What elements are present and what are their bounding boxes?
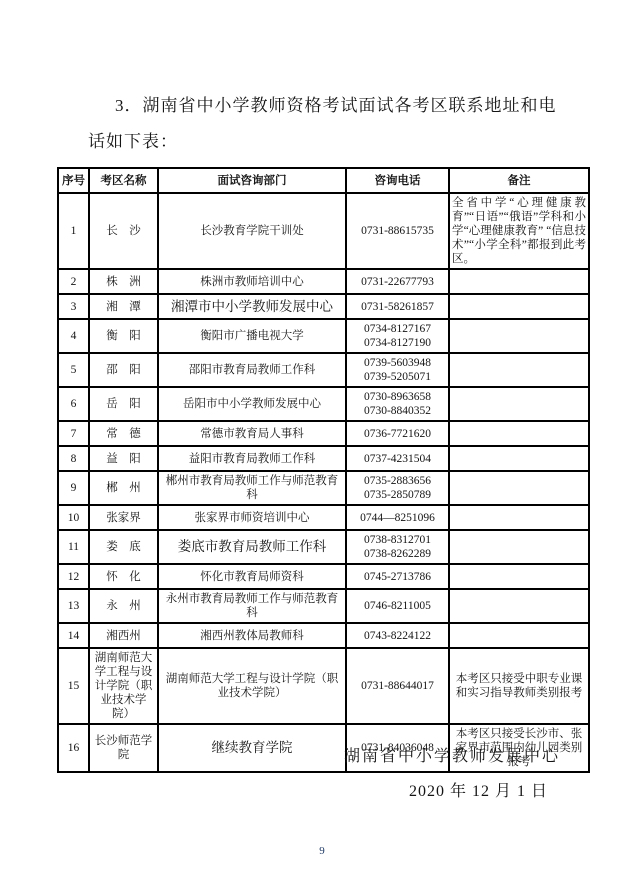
- table-row: 12怀 化怀化市教育局师资科0745-2713786: [58, 564, 589, 589]
- cell-exam-area-name: 衡 阳: [89, 319, 158, 353]
- table-header-row: 序号考区名称面试咨询部门咨询电话备注: [58, 168, 589, 193]
- phone-number: 0746-8211005: [349, 599, 446, 613]
- cell-serial-number: 4: [58, 319, 89, 353]
- cell-consult-phone: 0736-7721620: [346, 421, 449, 446]
- phone-number: 0730-8840352: [349, 404, 446, 418]
- cell-serial-number: 11: [58, 530, 89, 564]
- table-row: 1长 沙长沙教育学院干训处0731-88615735全省中学“心理健康教育”“日…: [58, 193, 589, 269]
- table-row: 9郴 州郴州市教育局教师工作与师范教育科0735-28836560735-285…: [58, 471, 589, 505]
- section-heading-line1: 3．湖南省中小学教师资格考试面试各考区联系地址和电: [115, 95, 557, 117]
- column-header-4: 备注: [449, 168, 589, 193]
- cell-exam-area-name: 怀 化: [89, 564, 158, 589]
- cell-exam-area-name: 湖南师范大学工程与设计学院（职业技术学院）: [89, 648, 158, 724]
- cell-consult-phone: 0734-81271670734-8127190: [346, 319, 449, 353]
- table-row: 2株 洲株洲市教师培训中心0731-22677793: [58, 269, 589, 294]
- cell-remark: [449, 564, 589, 589]
- cell-serial-number: 9: [58, 471, 89, 505]
- phone-number: 0731-22677793: [349, 275, 446, 289]
- cell-consult-department: 常德市教育局人事科: [158, 421, 346, 446]
- cell-consult-department: 永州市教育局教师工作与师范教育科: [158, 589, 346, 623]
- cell-consult-phone: 0745-2713786: [346, 564, 449, 589]
- cell-remark: [449, 294, 589, 319]
- phone-number: 0731-88644017: [349, 679, 446, 693]
- cell-exam-area-name: 株 洲: [89, 269, 158, 294]
- column-header-3: 咨询电话: [346, 168, 449, 193]
- section-heading: 3．湖南省中小学教师资格考试面试各考区联系地址和电 话如下表：: [88, 95, 557, 153]
- phone-number: 0736-7721620: [349, 427, 446, 441]
- cell-serial-number: 12: [58, 564, 89, 589]
- cell-consult-phone: 0735-28836560735-2850789: [346, 471, 449, 505]
- cell-consult-department: 娄底市教育局教师工作科: [158, 530, 346, 564]
- cell-consult-department: 长沙教育学院干训处: [158, 193, 346, 269]
- phone-number: 0739-5205071: [349, 370, 446, 384]
- table-row: 6岳 阳岳阳市中小学教师发展中心0730-89636580730-8840352: [58, 387, 589, 421]
- phone-number: 0739-5603948: [349, 356, 446, 370]
- cell-serial-number: 14: [58, 623, 89, 648]
- cell-consult-department: 衡阳市广播电视大学: [158, 319, 346, 353]
- cell-remark: [449, 471, 589, 505]
- cell-serial-number: 2: [58, 269, 89, 294]
- column-header-2: 面试咨询部门: [158, 168, 346, 193]
- cell-consult-phone: 0731-22677793: [346, 269, 449, 294]
- cell-consult-department: 岳阳市中小学教师发展中心: [158, 387, 346, 421]
- cell-consult-department: 湖南师范大学工程与设计学院（职业技术学院）: [158, 648, 346, 724]
- cell-remark: [449, 353, 589, 387]
- cell-remark: [449, 623, 589, 648]
- phone-number: 0743-8224122: [349, 629, 446, 643]
- phone-number: 0738-8312701: [349, 533, 446, 547]
- cell-consult-phone: 0731-58261857: [346, 294, 449, 319]
- table-row: 10张家界张家界市师资培训中心0744—8251096: [58, 505, 589, 530]
- phone-number: 0734-8127190: [349, 336, 446, 350]
- cell-consult-phone: 0730-89636580730-8840352: [346, 387, 449, 421]
- phone-number: 0730-8963658: [349, 390, 446, 404]
- cell-remark: [449, 269, 589, 294]
- table-row: 11娄 底娄底市教育局教师工作科0738-83127010738-8262289: [58, 530, 589, 564]
- cell-serial-number: 5: [58, 353, 89, 387]
- cell-consult-department: 怀化市教育局师资科: [158, 564, 346, 589]
- table-row: 5邵 阳邵阳市教育局教师工作科0739-56039480739-5205071: [58, 353, 589, 387]
- cell-consult-phone: 0743-8224122: [346, 623, 449, 648]
- column-header-0: 序号: [58, 168, 89, 193]
- cell-exam-area-name: 岳 阳: [89, 387, 158, 421]
- cell-remark: [449, 505, 589, 530]
- table-row: 3湘 潭湘潭市中小学教师发展中心0731-58261857: [58, 294, 589, 319]
- cell-consult-department: 湘潭市中小学教师发展中心: [158, 294, 346, 319]
- issuing-organization: 湖南省中小学教师发展中心: [344, 743, 560, 766]
- cell-consult-department: 继续教育学院: [158, 724, 346, 772]
- table-row: 8益 阳益阳市教育局教师工作科0737-4231504: [58, 446, 589, 471]
- cell-serial-number: 6: [58, 387, 89, 421]
- cell-remark: [449, 421, 589, 446]
- cell-consult-department: 邵阳市教育局教师工作科: [158, 353, 346, 387]
- table-row: 13永 州永州市教育局教师工作与师范教育科0746-8211005: [58, 589, 589, 623]
- cell-exam-area-name: 常 德: [89, 421, 158, 446]
- cell-exam-area-name: 益 阳: [89, 446, 158, 471]
- cell-exam-area-name: 永 州: [89, 589, 158, 623]
- cell-consult-phone: 0738-83127010738-8262289: [346, 530, 449, 564]
- phone-number: 0737-4231504: [349, 452, 446, 466]
- cell-consult-department: 湘西州教体局教师科: [158, 623, 346, 648]
- cell-consult-phone: 0744—8251096: [346, 505, 449, 530]
- cell-consult-department: 张家界市师资培训中心: [158, 505, 346, 530]
- cell-serial-number: 1: [58, 193, 89, 269]
- cell-consult-department: 郴州市教育局教师工作与师范教育科: [158, 471, 346, 505]
- table-row: 4衡 阳衡阳市广播电视大学0734-81271670734-8127190: [58, 319, 589, 353]
- cell-remark: [449, 319, 589, 353]
- cell-exam-area-name: 张家界: [89, 505, 158, 530]
- cell-consult-phone: 0737-4231504: [346, 446, 449, 471]
- cell-remark: [449, 387, 589, 421]
- table-row: 15湖南师范大学工程与设计学院（职业技术学院）湖南师范大学工程与设计学院（职业技…: [58, 648, 589, 724]
- cell-remark: [449, 446, 589, 471]
- cell-exam-area-name: 长沙师范学院: [89, 724, 158, 772]
- table-row: 7常 德常德市教育局人事科0736-7721620: [58, 421, 589, 446]
- cell-consult-phone: 0731-88644017: [346, 648, 449, 724]
- column-header-1: 考区名称: [89, 168, 158, 193]
- cell-consult-phone: 0739-56039480739-5205071: [346, 353, 449, 387]
- cell-serial-number: 13: [58, 589, 89, 623]
- cell-exam-area-name: 湘 潭: [89, 294, 158, 319]
- cell-exam-area-name: 长 沙: [89, 193, 158, 269]
- cell-remark: [449, 530, 589, 564]
- phone-number: 0735-2883656: [349, 474, 446, 488]
- cell-remark: 本考区只接受中职专业课和实习指导教师类别报考: [449, 648, 589, 724]
- cell-serial-number: 7: [58, 421, 89, 446]
- table-row: 14湘西州湘西州教体局教师科0743-8224122: [58, 623, 589, 648]
- phone-number: 0731-58261857: [349, 300, 446, 314]
- issue-date: 2020 年 12 月 1 日: [409, 778, 548, 801]
- cell-remark: 全省中学“心理健康教育”“日语”“俄语”学科和小学“心理健康教育” “信息技术”…: [449, 193, 589, 269]
- cell-exam-area-name: 邵 阳: [89, 353, 158, 387]
- cell-serial-number: 8: [58, 446, 89, 471]
- section-heading-line2: 话如下表：: [88, 131, 557, 153]
- phone-number: 0744—8251096: [349, 511, 446, 525]
- cell-exam-area-name: 湘西州: [89, 623, 158, 648]
- cell-serial-number: 15: [58, 648, 89, 724]
- cell-exam-area-name: 娄 底: [89, 530, 158, 564]
- exam-area-contact-table: 序号考区名称面试咨询部门咨询电话备注 1长 沙长沙教育学院干训处0731-886…: [57, 167, 590, 773]
- phone-number: 0738-8262289: [349, 547, 446, 561]
- cell-serial-number: 3: [58, 294, 89, 319]
- phone-number: 0731-88615735: [349, 224, 446, 238]
- cell-remark: [449, 589, 589, 623]
- cell-serial-number: 16: [58, 724, 89, 772]
- page-number: 9: [0, 845, 644, 857]
- cell-exam-area-name: 郴 州: [89, 471, 158, 505]
- cell-consult-department: 益阳市教育局教师工作科: [158, 446, 346, 471]
- phone-number: 0734-8127167: [349, 322, 446, 336]
- cell-serial-number: 10: [58, 505, 89, 530]
- phone-number: 0745-2713786: [349, 570, 446, 584]
- document-page: 3．湖南省中小学教师资格考试面试各考区联系地址和电 话如下表： 序号考区名称面试…: [0, 0, 644, 883]
- cell-consult-phone: 0746-8211005: [346, 589, 449, 623]
- cell-consult-department: 株洲市教师培训中心: [158, 269, 346, 294]
- phone-number: 0735-2850789: [349, 488, 446, 502]
- cell-consult-phone: 0731-88615735: [346, 193, 449, 269]
